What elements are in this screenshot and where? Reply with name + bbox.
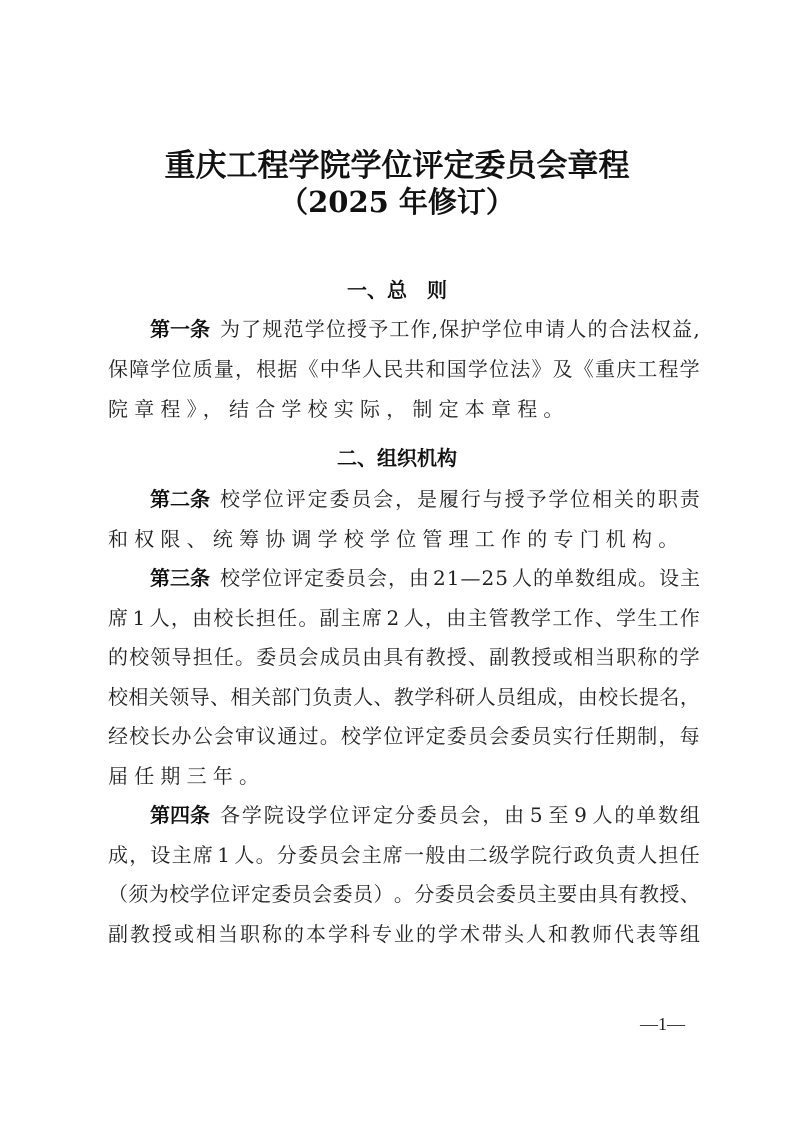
article-4-line-3: （须为校学位评定委员会委员）。分委员会委员主要由具有教授、: [108, 879, 700, 909]
article-4-label: 第四条: [150, 800, 210, 830]
article-3-line-2: 席 1 人，由校长担任。副主席 2 人，由主管教学工作、学生工作: [108, 603, 700, 633]
article-3-text-4: 校相关领导、相关部门负责人、教学科研人员组成，由校长提名，: [108, 682, 700, 712]
article-3-label: 第三条: [150, 563, 210, 593]
article-4-line-1: 第四条 各学院设学位评定分委员会，由 5 至 9 人的单数组: [150, 800, 700, 830]
article-4-text-3: （须为校学位评定委员会委员）。分委员会委员主要由具有教授、: [108, 879, 700, 909]
article-4-text-1: 各学院设学位评定分委员会，由 5 至 9 人的单数组: [220, 800, 700, 830]
article-3-line-4: 校相关领导、相关部门负责人、教学科研人员组成，由校长提名，: [108, 682, 700, 712]
article-1-line-2: 保障学位质量，根据《中华人民共和国学位法》及《重庆工程学: [108, 354, 700, 384]
article-2-label: 第二条: [150, 484, 210, 514]
article-2-text-1: 校学位评定委员会，是履行与授予学位相关的职责: [220, 484, 700, 514]
article-3-text-3: 的校领导担任。委员会成员由具有教授、副教授或相当职称的学: [108, 642, 700, 672]
article-3-text-1: 校学位评定委员会，由 21—25 人的单数组成。设主: [220, 563, 700, 593]
section-heading-general: 一、总 则: [0, 274, 794, 303]
article-4-line-4: 副教授或相当职称的本学科专业的学术带头人和教师代表等组: [108, 919, 700, 949]
section-heading-organization: 二、组织机构: [0, 442, 794, 471]
article-1-label: 第一条: [150, 314, 210, 344]
document-subtitle: （2025 年修订）: [0, 180, 794, 221]
article-1-line-3: 院章程》，结合学校实际，制定本章程。: [108, 394, 700, 424]
article-3-line-5: 经校长办公会审议通过。校学位评定委员会委员实行任期制，每: [108, 721, 700, 751]
page-number: —1—: [640, 1014, 685, 1035]
article-3-text-5: 经校长办公会审议通过。校学位评定委员会委员实行任期制，每: [108, 721, 700, 751]
article-1-line-1: 第一条 为了规范学位授予工作,保护学位申请人的合法权益,: [150, 314, 700, 344]
article-1-text-2: 保障学位质量，根据《中华人民共和国学位法》及《重庆工程学: [108, 354, 700, 384]
article-2-line-1: 第二条 校学位评定委员会，是履行与授予学位相关的职责: [150, 484, 700, 514]
article-4-text-2: 成，设主席 1 人。分委员会主席一般由二级学院行政负责人担任: [108, 840, 700, 870]
article-2-text-2: 和权限、统筹协调学校学位管理工作的专门机构。: [108, 524, 684, 554]
article-3-text-6: 届任期三年。: [108, 761, 265, 791]
article-3-line-3: 的校领导担任。委员会成员由具有教授、副教授或相当职称的学: [108, 642, 700, 672]
article-1-text-1: 为了规范学位授予工作,保护学位申请人的合法权益,: [220, 314, 700, 344]
article-4-text-4: 副教授或相当职称的本学科专业的学术带头人和教师代表等组: [108, 919, 700, 949]
article-3-text-2: 席 1 人，由校长担任。副主席 2 人，由主管教学工作、学生工作: [108, 603, 700, 633]
article-1-text-3: 院章程》，结合学校实际，制定本章程。: [108, 394, 570, 424]
article-2-line-2: 和权限、统筹协调学校学位管理工作的专门机构。: [108, 524, 700, 554]
article-3-line-6: 届任期三年。: [108, 761, 700, 791]
document-page: 重庆工程学院学位评定委员会章程 （2025 年修订） 一、总 则 第一条 为了规…: [0, 0, 794, 1122]
article-4-line-2: 成，设主席 1 人。分委员会主席一般由二级学院行政负责人担任: [108, 840, 700, 870]
article-3-line-1: 第三条 校学位评定委员会，由 21—25 人的单数组成。设主: [150, 563, 700, 593]
document-title: 重庆工程学院学位评定委员会章程: [0, 140, 794, 185]
